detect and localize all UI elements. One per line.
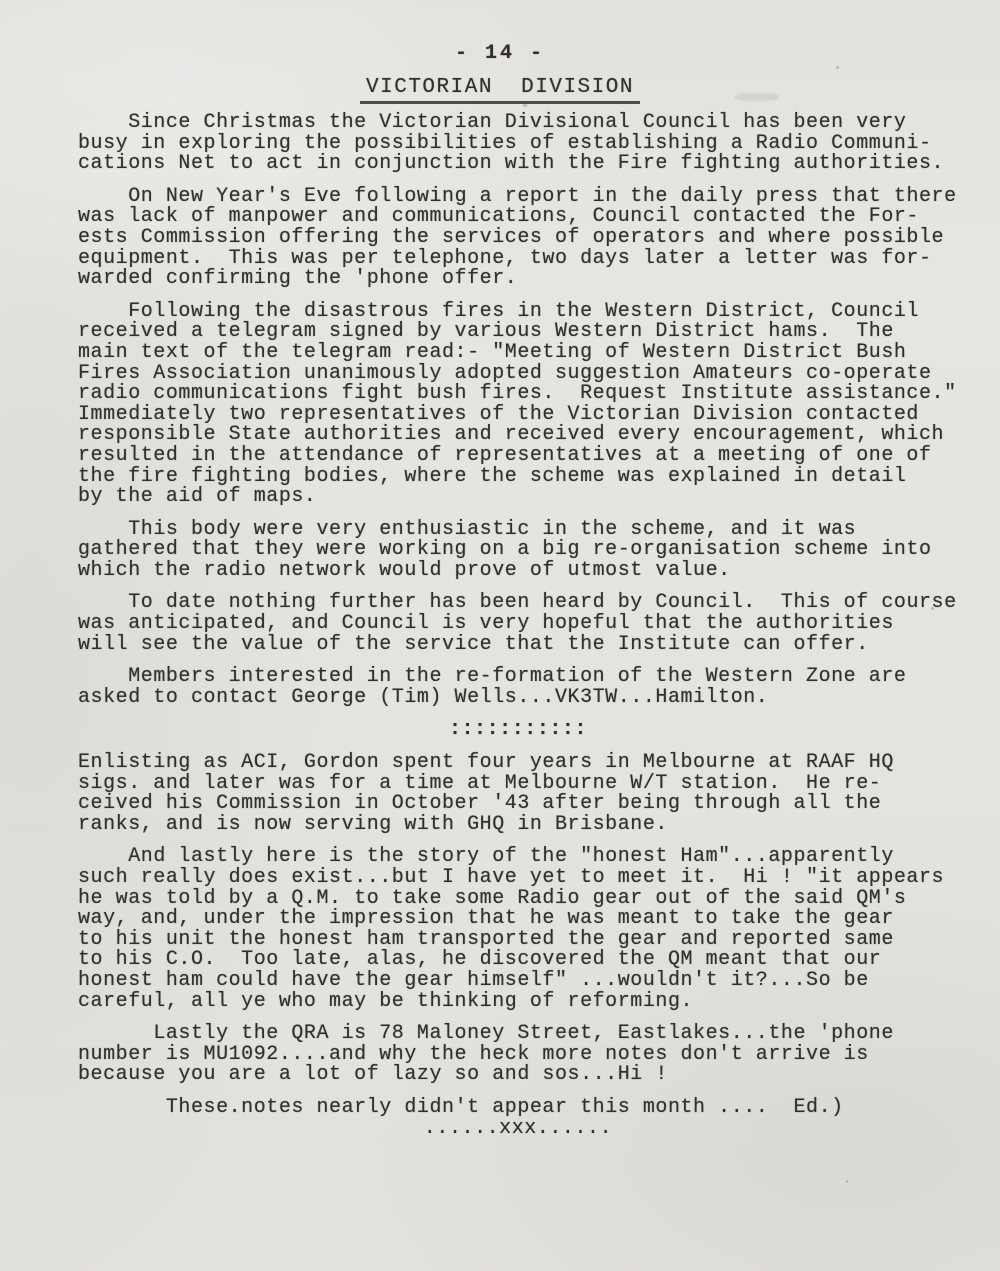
scan-artifact-smudge [735, 93, 779, 101]
scanned-document-page: - 14 - VICTORIAN DIVISION Since Christma… [0, 0, 1000, 1271]
paragraph-western-district-fires: Following the disastrous fires in the We… [78, 302, 958, 508]
paragraph-victorian-council: Since Christmas the Victorian Divisional… [78, 113, 958, 175]
scan-artifact-speck [846, 1180, 848, 1183]
section-divider: ::::::::::: [78, 720, 958, 741]
scan-artifact-speck [836, 66, 839, 69]
paragraph-honest-ham-story: And lastly here is the story of the "hon… [78, 847, 958, 1012]
page-title: VICTORIAN DIVISION [360, 76, 640, 104]
page-number: - 14 - [0, 42, 1000, 65]
paragraph-new-years-eve: On New Year's Eve following a report in … [78, 187, 958, 290]
paragraph-enthusiastic-body: This body were very enthusiastic in the … [78, 520, 958, 582]
page-title-row: VICTORIAN DIVISION [0, 76, 1000, 104]
paragraph-gordon-raaf: Enlisting as ACI, Gordon spent four year… [78, 753, 958, 835]
paragraph-western-zone-contact: Members interested in the re-formation o… [78, 667, 958, 708]
paragraph-to-date: To date nothing further has been heard b… [78, 593, 958, 655]
scan-artifact-speck [523, 103, 527, 107]
document-body: Since Christmas the Victorian Divisional… [78, 113, 958, 1139]
end-divider: ......xxx...... [78, 1119, 958, 1140]
editor-note: These.notes nearly didn't appear this mo… [78, 1098, 958, 1119]
paragraph-qra-address: Lastly the QRA is 78 Maloney Street, Eas… [78, 1024, 958, 1086]
scan-artifact-speck [931, 607, 934, 610]
